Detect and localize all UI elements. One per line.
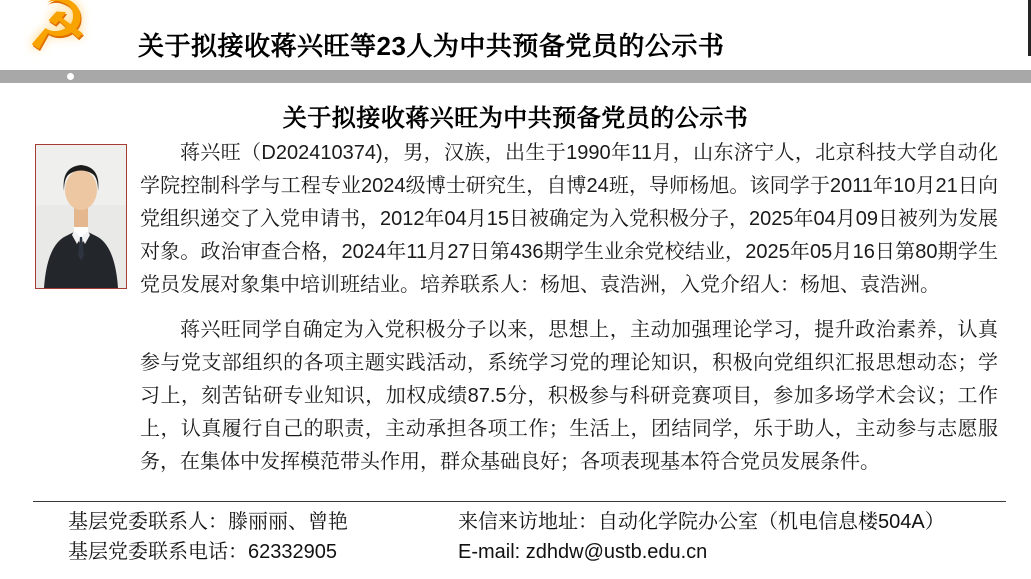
footer-committee-contacts: 基层党委联系人：滕丽丽、曾艳 基层党委联系电话：62332905 (68, 507, 348, 567)
divider-bar (0, 70, 1031, 83)
header-title: 关于拟接收蒋兴旺等23人为中共预备党员的公示书 (138, 26, 724, 63)
footer-divider (33, 501, 1006, 502)
notice-paragraph-2: 蒋兴旺同学自确定为入党积极分子以来，思想上，主动加强理论学习，提升政治素养，认真… (140, 314, 998, 479)
party-emblem-icon: ☭ (26, 0, 89, 60)
email-address: E-mail: zdhdw@ustb.edu.cn (458, 537, 945, 567)
notice-paragraph-1: 蒋兴旺（D202410374)，男，汉族，出生于1990年11月，山东济宁人，北… (140, 137, 998, 302)
notice-slide: ☭ 关于拟接收蒋兴旺等23人为中共预备党员的公示书 关于拟接收蒋兴旺为中共预备党… (0, 0, 1031, 579)
notice-body-text: 蒋兴旺（D202410374)，男，汉族，出生于1990年11月，山东济宁人，北… (140, 137, 998, 479)
portrait-photo-graphic (36, 145, 126, 288)
visit-address: 来信来访地址：自动化学院办公室（机电信息楼504A） (458, 507, 945, 537)
footer-visit-contacts: 来信来访地址：自动化学院办公室（机电信息楼504A） E-mail: zdhdw… (458, 507, 945, 567)
committee-contact-phone: 基层党委联系电话：62332905 (68, 537, 348, 567)
portrait-photo (35, 144, 127, 289)
committee-contact-person: 基层党委联系人：滕丽丽、曾艳 (68, 507, 348, 537)
notice-title: 关于拟接收蒋兴旺为中共预备党员的公示书 (0, 98, 1031, 133)
slide-indicator-dot (67, 73, 74, 80)
